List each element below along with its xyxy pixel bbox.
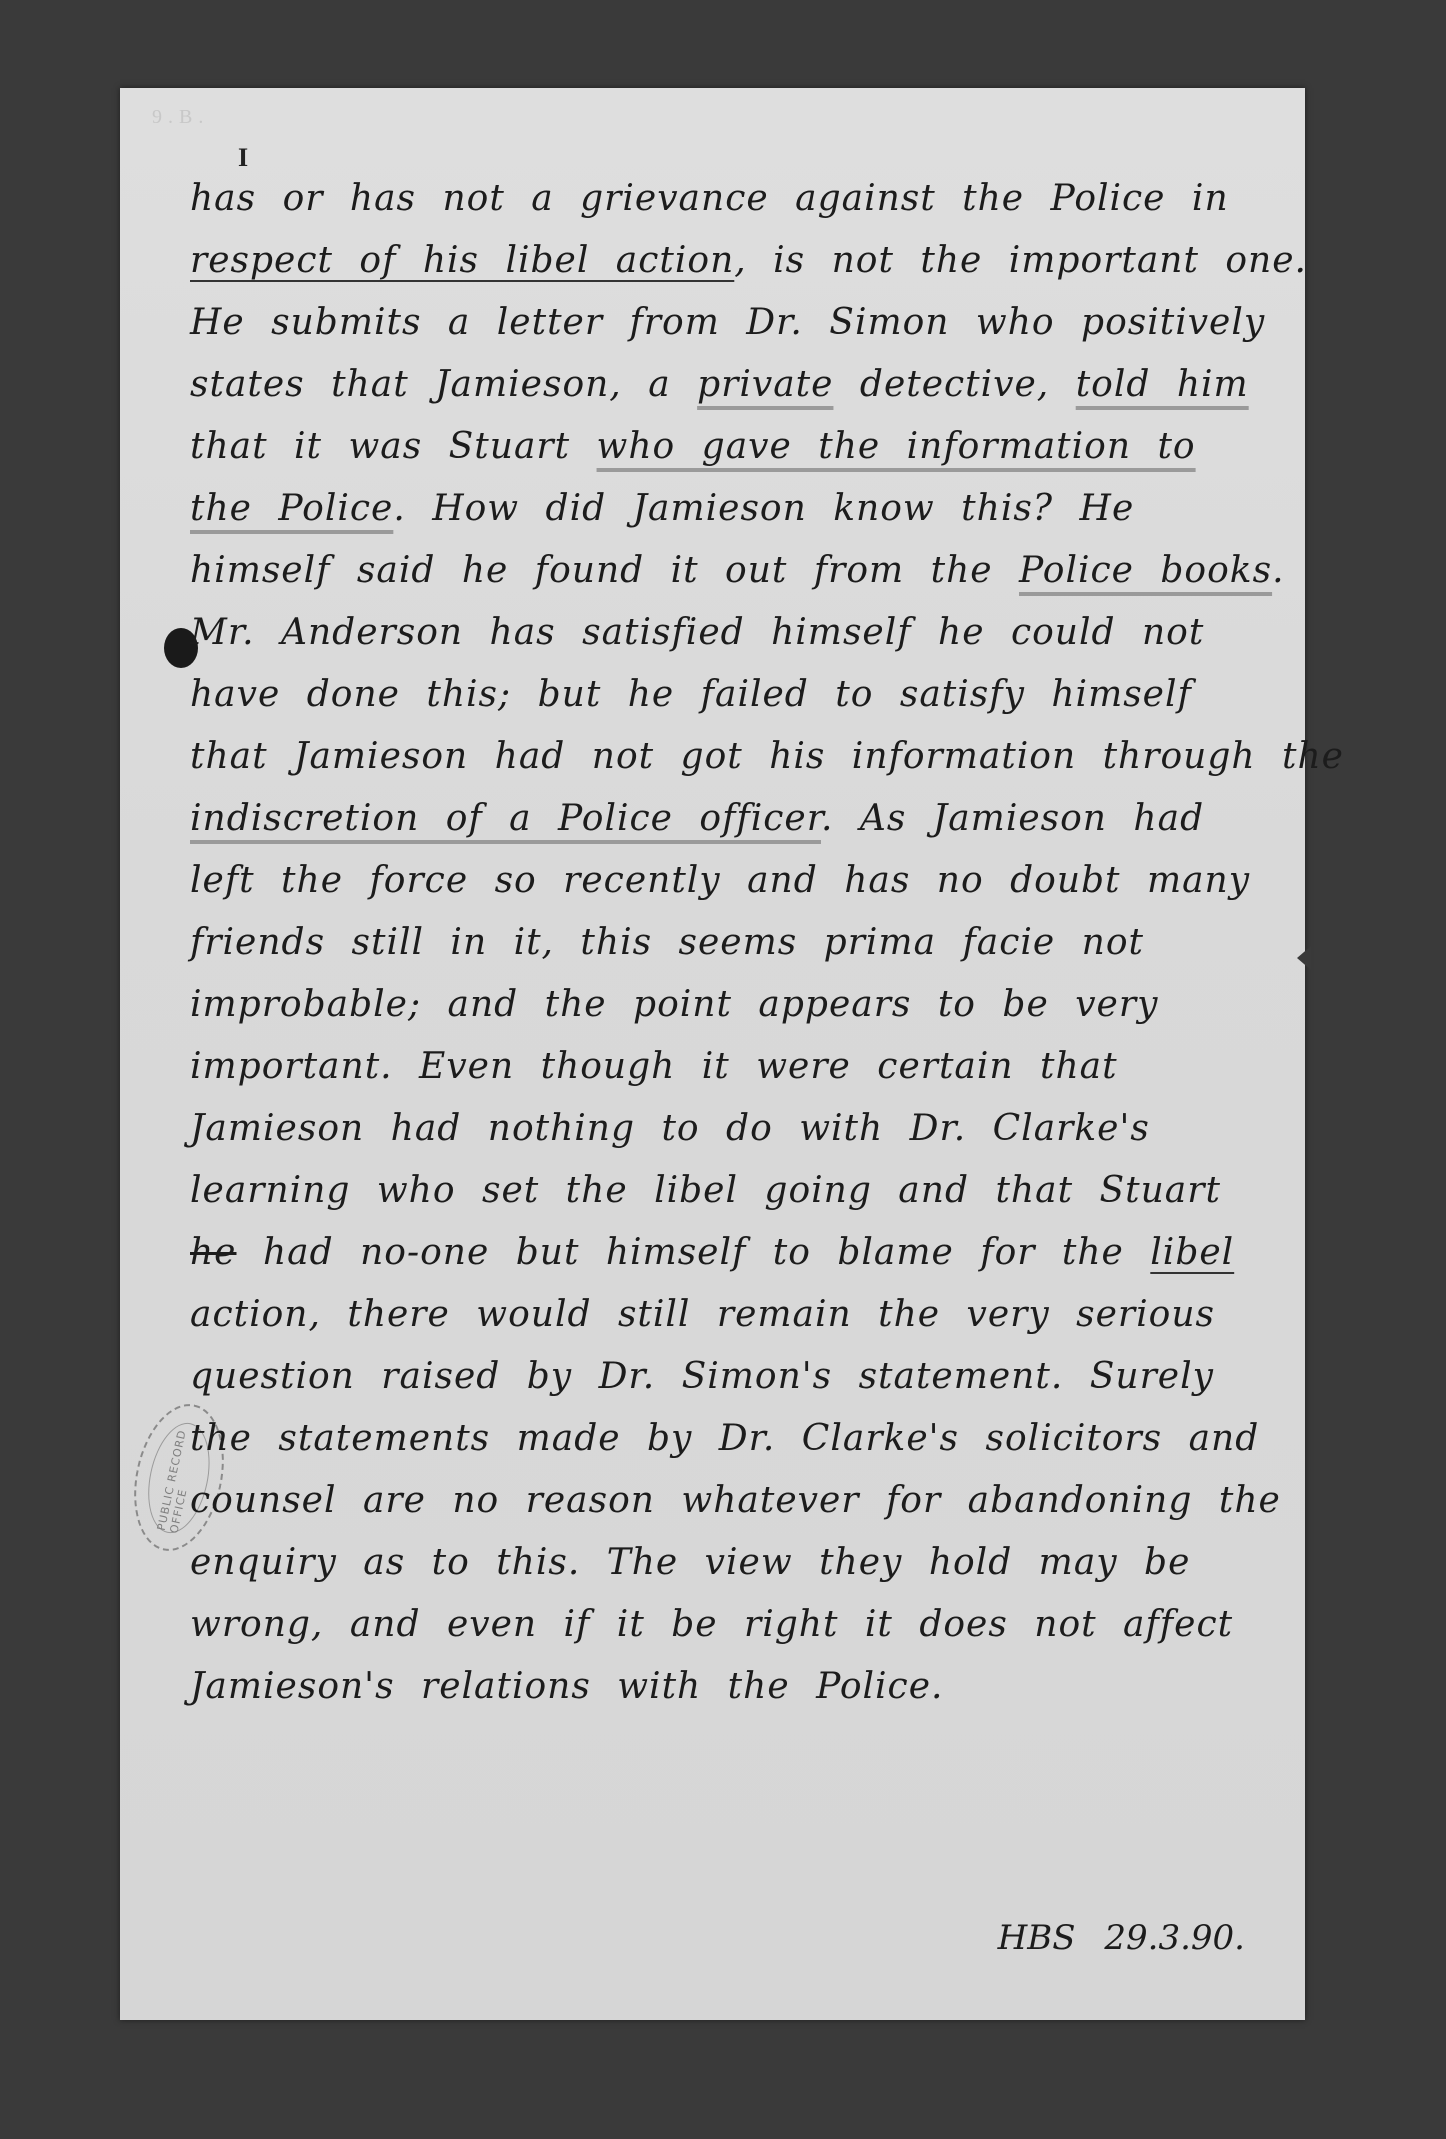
text-line: the Police. How did Jamieson know this? … [190, 488, 1280, 550]
text-line: respect of his libel action, is not the … [190, 240, 1280, 302]
text-line: Jamieson had nothing to do with Dr. Clar… [190, 1108, 1280, 1170]
pencil-underlined-phrase: indiscretion of a Police officer [190, 798, 821, 839]
text-line: that Jamieson had not got his informatio… [190, 736, 1280, 798]
text-line: He submits a letter from Dr. Simon who p… [190, 302, 1280, 364]
text-segment: states that Jamieson, a [190, 364, 697, 405]
signature-date: 29.3.90. [1104, 1918, 1245, 1958]
text-line: improbable; and the point appears to be … [190, 984, 1280, 1046]
text-segment: . How did Jamieson know this? He [393, 488, 1134, 529]
text-segment: . As Jamieson had [821, 798, 1204, 839]
text-line: left the force so recently and has no do… [190, 860, 1280, 922]
text-line: have done this; but he failed to satisfy… [190, 674, 1280, 736]
text-line: has or has not a grievance against the P… [190, 178, 1280, 240]
text-line: wrong, and even if it be right it does n… [190, 1604, 1280, 1666]
text-line: friends still in it, this seems prima fa… [190, 922, 1280, 984]
handwritten-text: has or has not a grievance against the P… [190, 178, 1280, 1728]
text-line: he had no-one but himself to blame for t… [190, 1232, 1280, 1294]
document-page: 9.B. I PUBLIC RECORD OFFICE has or has n… [120, 88, 1305, 2020]
text-line: that it was Stuart who gave the informat… [190, 426, 1280, 488]
text-line: indiscretion of a Police officer. As Jam… [190, 798, 1280, 860]
pencil-underlined-phrase: private [697, 364, 833, 405]
underlined-phrase: libel [1150, 1232, 1234, 1273]
pencil-underlined-phrase: told him [1076, 364, 1249, 405]
text-line: Mr. Anderson has satisfied himself he co… [190, 612, 1280, 674]
text-line: enquiry as to this. The view they hold m… [190, 1542, 1280, 1604]
text-line: counsel are no reason whatever for aband… [190, 1480, 1280, 1542]
text-line: himself said he found it out from the Po… [190, 550, 1280, 612]
text-line: states that Jamieson, a private detectiv… [190, 364, 1280, 426]
pencil-underlined-phrase: who gave the information to [597, 426, 1196, 467]
text-line: important. Even though it were certain t… [190, 1046, 1280, 1108]
text-segment: that it was Stuart [190, 426, 597, 467]
paper-tear [1297, 946, 1311, 970]
text-line: action, there would still remain the ver… [190, 1294, 1280, 1356]
text-segment: detective, [833, 364, 1075, 405]
pencil-underlined-phrase: Police books [1019, 550, 1272, 591]
folio-mark: 9.B. [152, 106, 209, 129]
text-segment: himself said he found it out from the [190, 550, 1019, 591]
signature-initials: HBS [998, 1918, 1076, 1958]
underlined-phrase: respect of his libel action [190, 240, 734, 281]
text-line: Jamieson's relations with the Police. [190, 1666, 1280, 1728]
margin-mark: I [238, 143, 248, 173]
text-segment: had no-one but himself to blame for the [237, 1232, 1151, 1273]
text-line: question raised by Dr. Simon's statement… [190, 1356, 1280, 1418]
text-line: learning who set the libel going and tha… [190, 1170, 1280, 1232]
text-line: the statements made by Dr. Clarke's soli… [190, 1418, 1280, 1480]
text-segment: , is not the important one. [734, 240, 1307, 281]
signature-block: HBS 29.3.90. [998, 1918, 1245, 1958]
text-segment: . [1272, 550, 1284, 591]
pencil-underlined-phrase: the Police [190, 488, 393, 529]
struck-word: he [190, 1232, 237, 1273]
